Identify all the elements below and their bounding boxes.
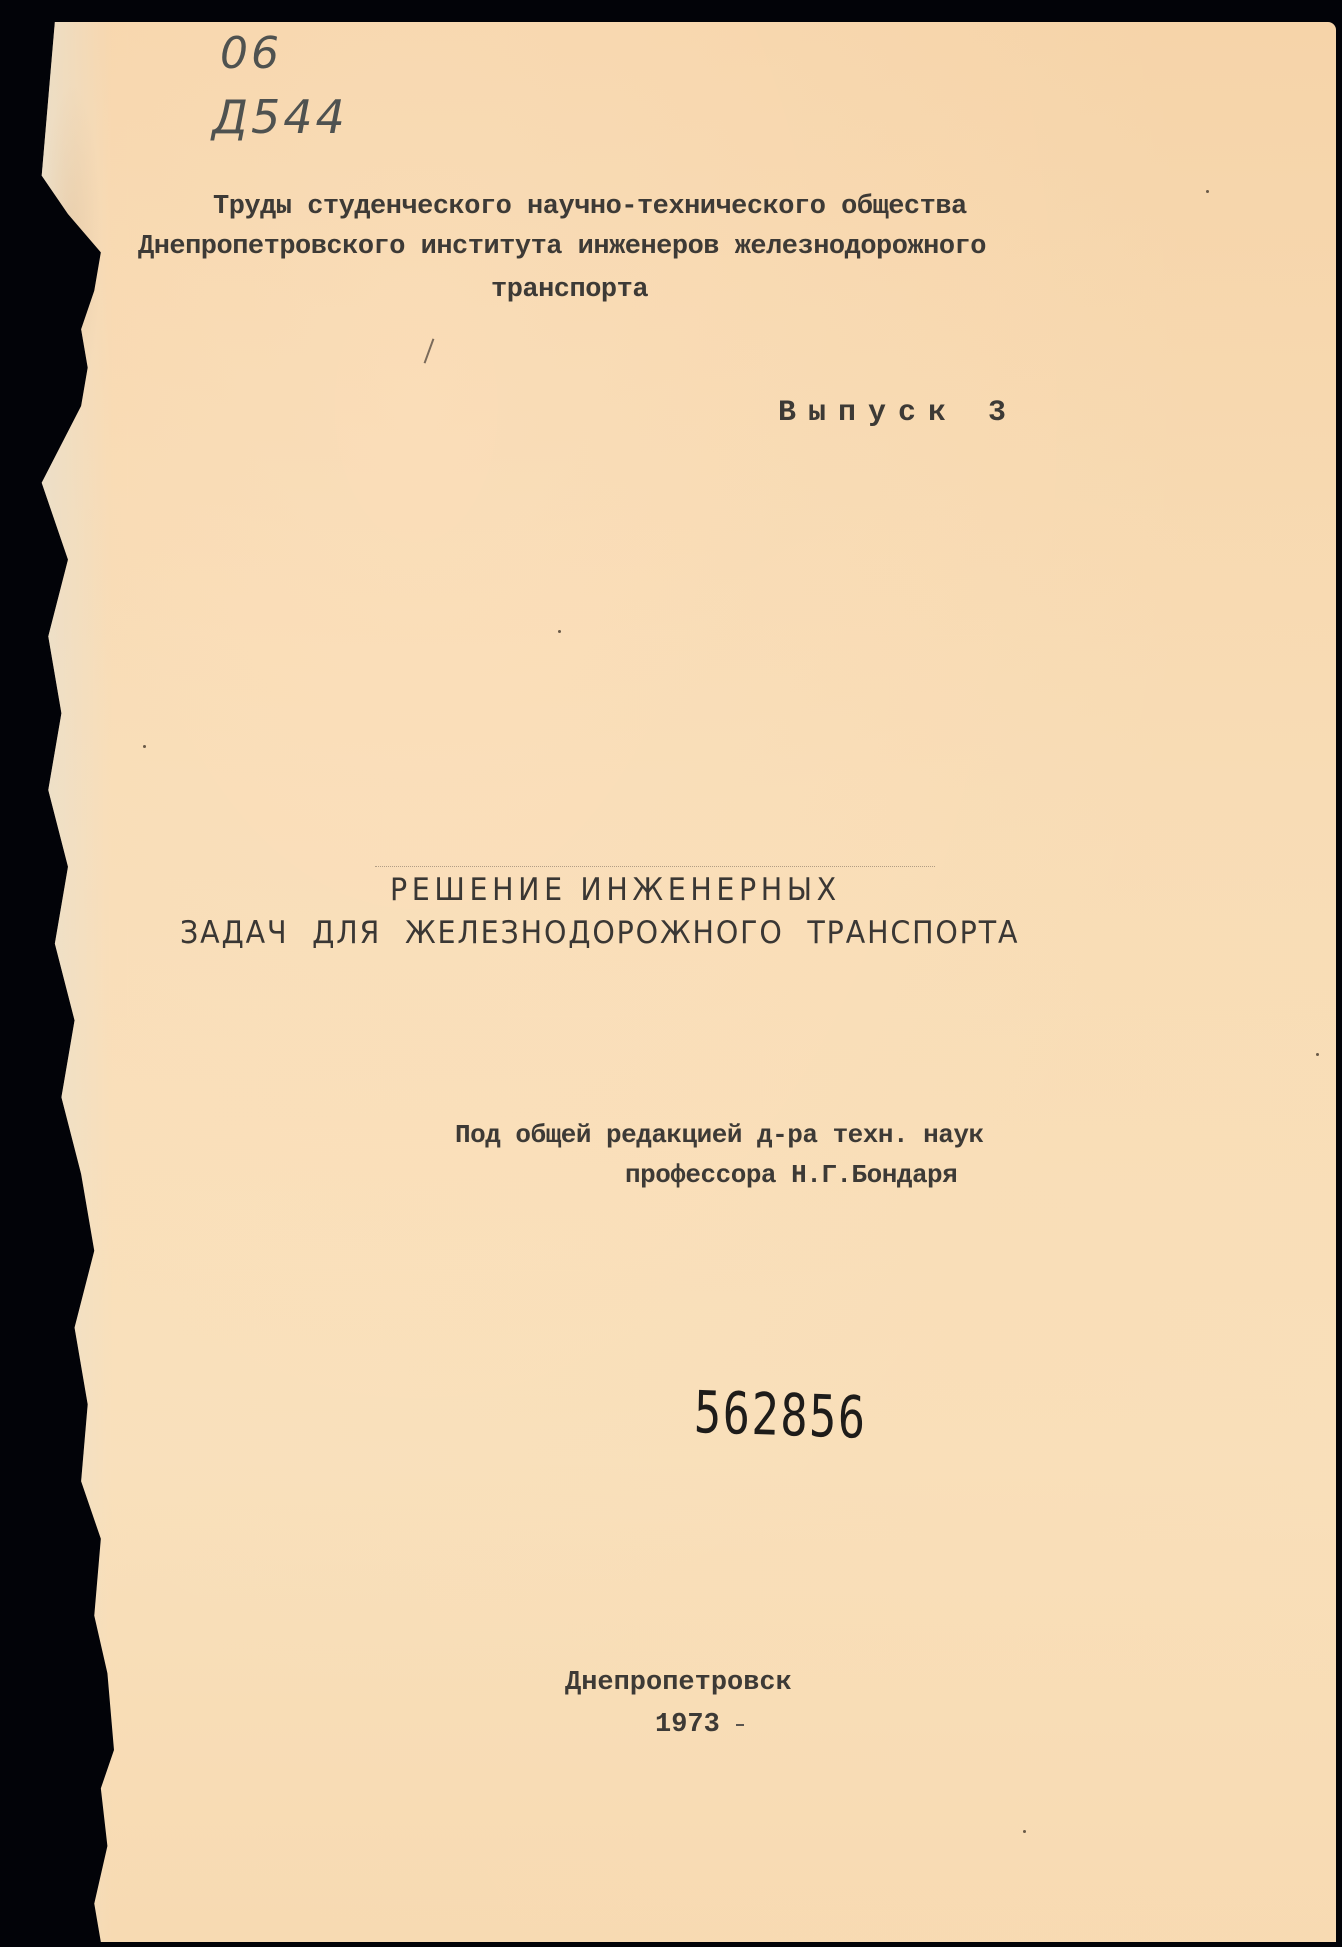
pencil-dash [736,1724,744,1726]
inventory-number-stamp: 562856 [693,1378,867,1452]
paper-speck [558,630,561,633]
paper-speck [143,745,146,748]
imprint-year: 1973 [655,1710,720,1740]
imprint-city: Днепропетровск [565,1668,792,1698]
title-line-1: РЕШЕНИЕ ИНЖЕНЕРНЫХ [390,872,841,908]
issue-label: Выпуск 3 [778,396,1018,430]
title-divider [375,866,935,868]
handwritten-catalog-code: Д544 [212,90,348,144]
paper-speck [1316,1053,1319,1056]
paper-speck [1206,190,1209,193]
document-page [22,22,1336,1942]
title-line-2: ЗАДАЧ ДЛЯ ЖЕЛЕЗНОДОРОЖНОГО ТРАНСПОРТА [180,915,1019,951]
editor-line-2: профессора Н.Г.Бондаря [625,1160,957,1190]
handwritten-shelf-mark: 06 [220,28,282,79]
series-header-line-1: Труды студенческого научно-технического … [213,192,967,222]
series-header-line-3: транспорта [491,275,648,305]
series-header-line-2: Днепропетровского института инженеров же… [138,232,986,262]
editor-line-1: Под общей редакцией д-ра техн. наук [455,1120,984,1150]
paper-speck [1023,1830,1026,1833]
